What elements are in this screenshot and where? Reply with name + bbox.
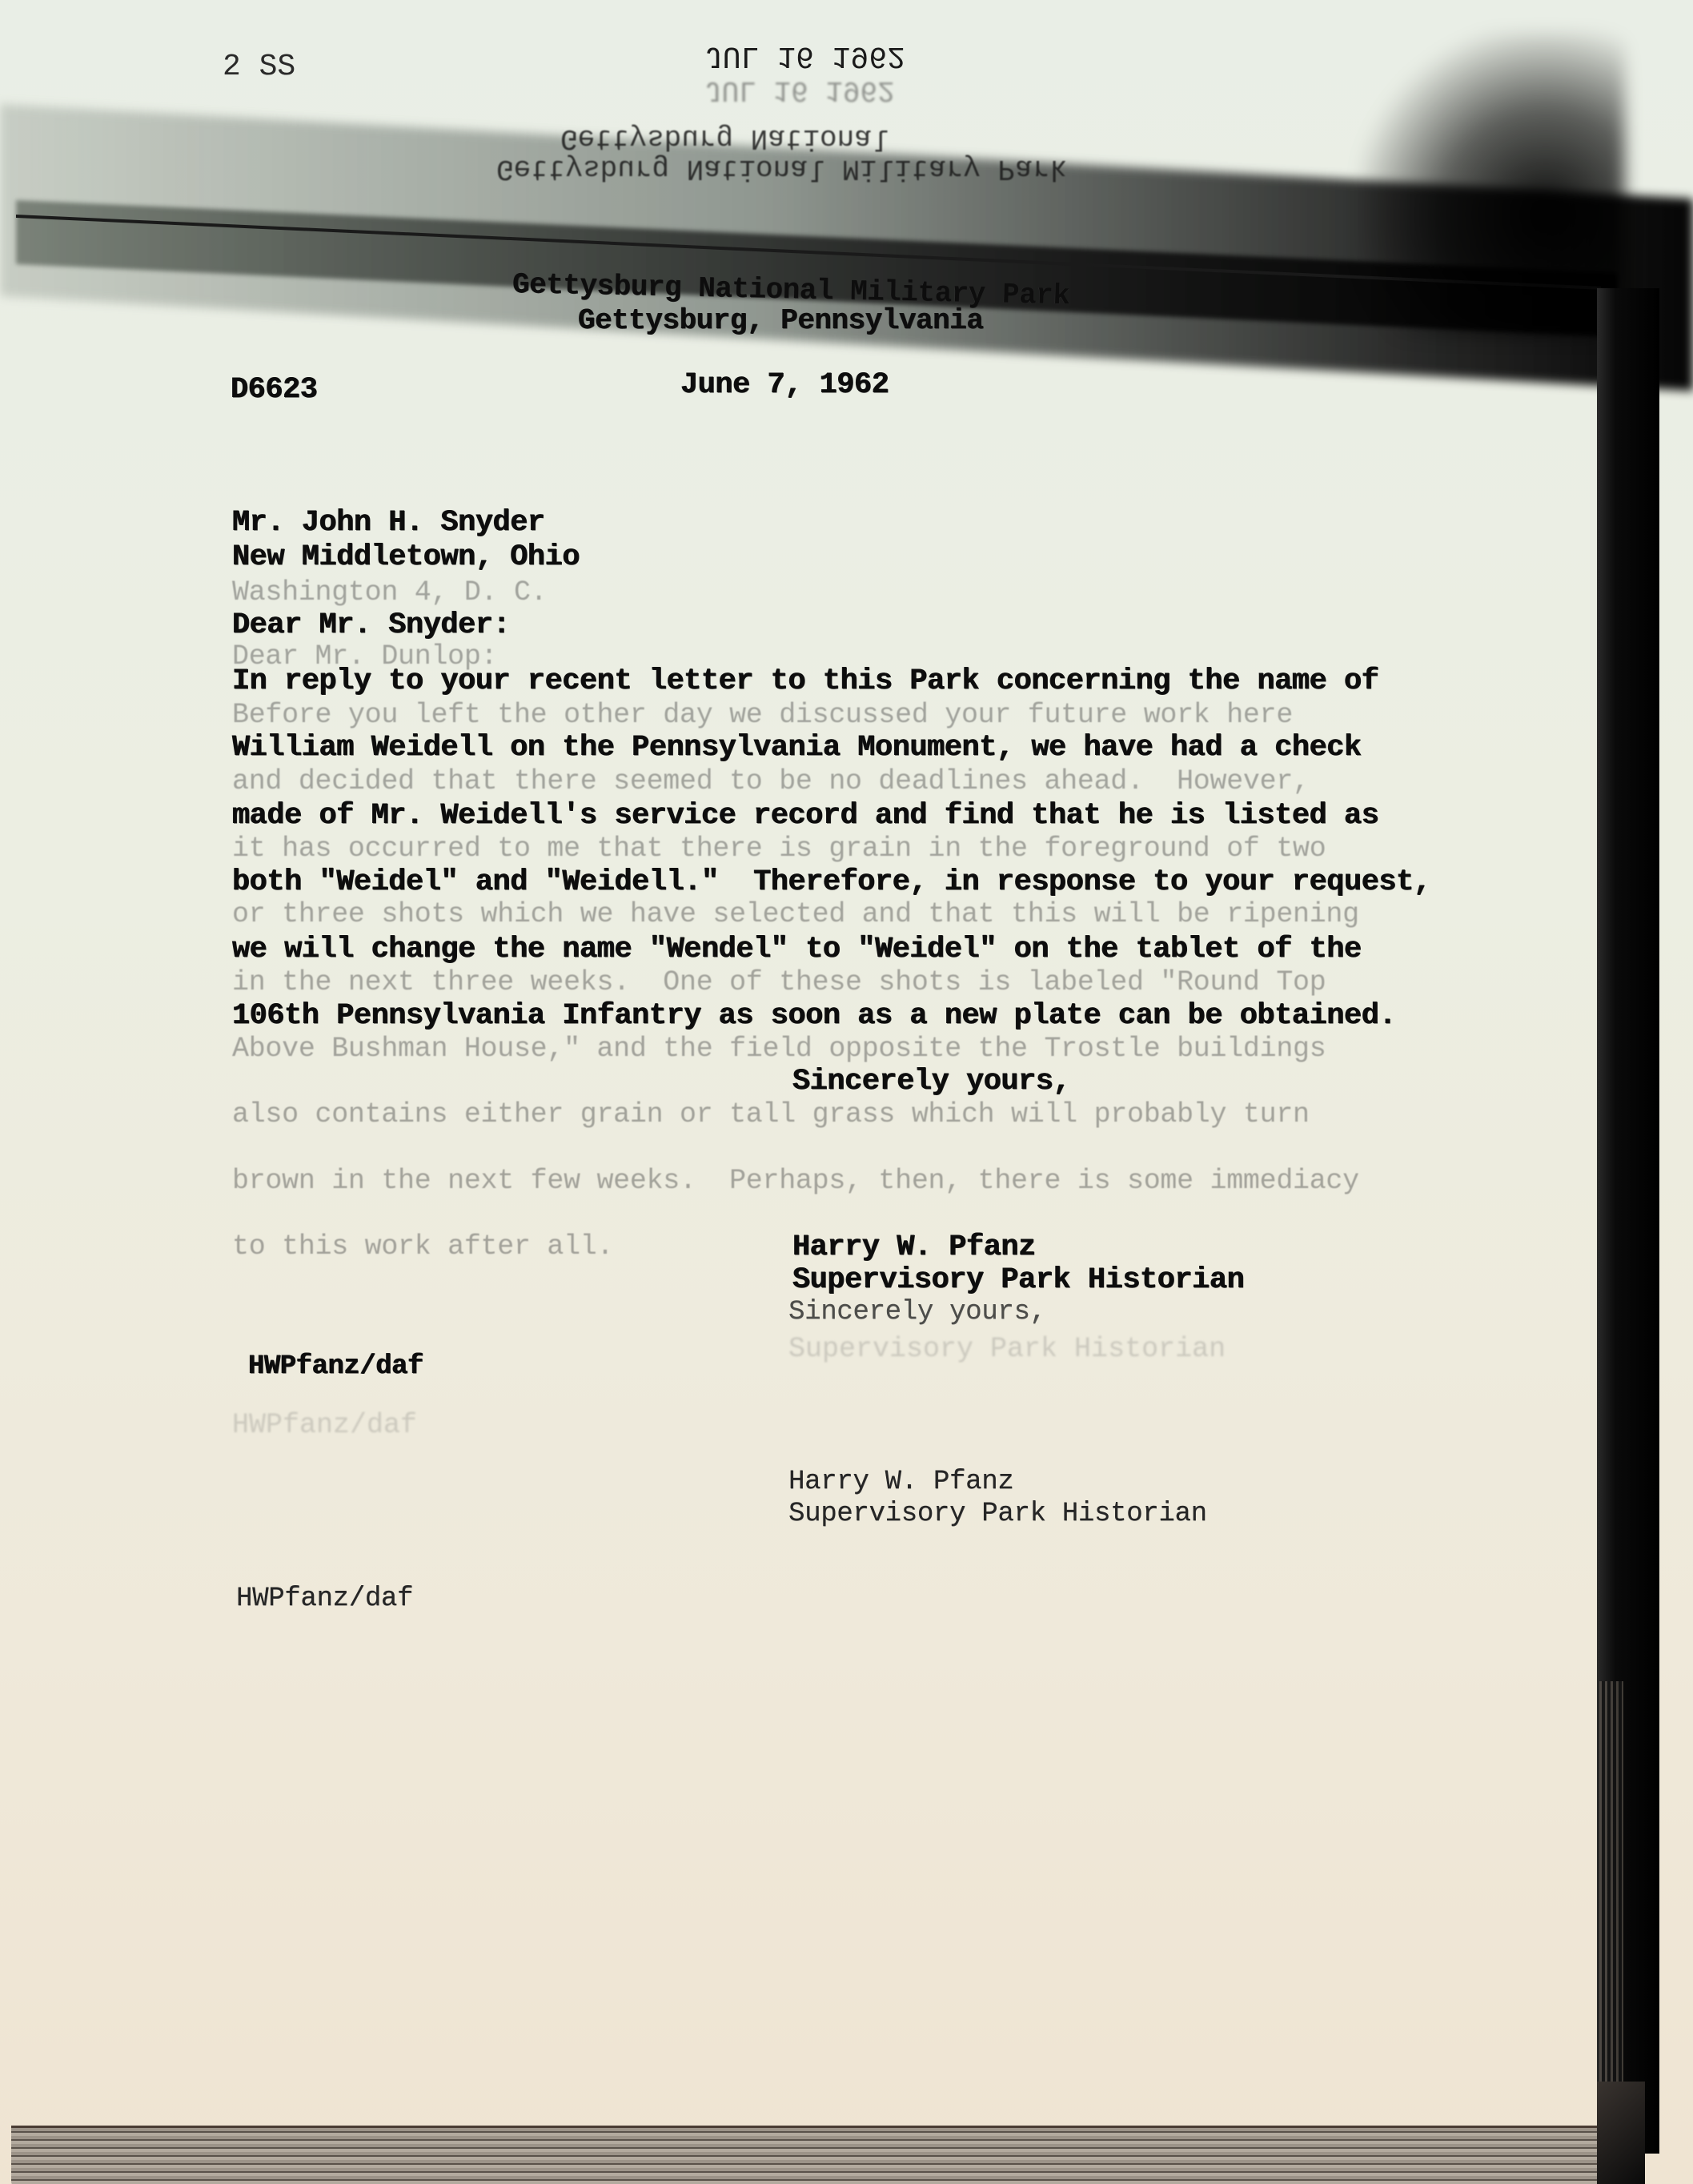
ghost-body-line-2: and decided that there seemed to be no d… — [232, 765, 1310, 797]
ghost-initials-faint: HWPfanz/daf — [232, 1409, 417, 1441]
ghost-body-line-8: brown in the next few weeks. Perhaps, th… — [232, 1165, 1359, 1197]
salutation: Dear Mr. Snyder: — [232, 608, 510, 642]
top-right-shadow — [1361, 32, 1625, 336]
signature-name: Harry W. Pfanz — [792, 1231, 1036, 1264]
letterhead-line-2: Gettysburg, Pennsylvania — [578, 304, 983, 337]
ghost-body-line-5: in the next three weeks. One of these sh… — [232, 966, 1326, 998]
ghost-body-line-9: to this work after all. — [232, 1231, 613, 1263]
right-page-stack — [1599, 1681, 1623, 2098]
ghost-body-line-1: Before you left the other day we discuss… — [232, 699, 1293, 731]
ghost-signature-name: Harry W. Pfanz — [788, 1467, 1013, 1497]
body-line-5: we will change the name "Wendel" to "Wei… — [232, 933, 1362, 966]
ghost-body-line-7: also contains either grain or tall grass… — [232, 1098, 1310, 1130]
received-stamp-mirrored: JUL 16 1962 — [704, 38, 905, 73]
mirrored-letterhead-1: Gettysburg National — [560, 122, 889, 155]
ghost-initials: HWPfanz/daf — [236, 1584, 413, 1614]
body-line-1: In reply to your recent letter to this P… — [232, 664, 1378, 698]
recipient-name: Mr. John H. Snyder — [232, 506, 545, 540]
ghost-title-faint: Supervisory Park Historian — [788, 1333, 1226, 1365]
typist-initials: HWPfanz/daf — [248, 1351, 423, 1382]
bottom-right-corner — [1597, 2082, 1645, 2184]
body-line-3: made of Mr. Weidell's service record and… — [232, 799, 1378, 833]
body-line-6: 106th Pennsylvania Infantry as soon as a… — [232, 999, 1396, 1033]
ghost-body-line-4: or three shots which we have selected an… — [232, 898, 1359, 930]
signature-title: Supervisory Park Historian — [792, 1263, 1244, 1297]
body-line-2: William Weidell on the Pennsylvania Monu… — [232, 731, 1362, 765]
bottom-page-stack — [11, 2126, 1628, 2184]
mirrored-letterhead-2: Gettysburg National Military Park — [496, 152, 1067, 185]
ghost-signature-title: Supervisory Park Historian — [788, 1499, 1207, 1529]
body-line-4: both "Weidel" and "Weidell." Therefore, … — [232, 865, 1431, 899]
file-code: D6623 — [231, 373, 318, 407]
ghost-address-line: Washington 4, D. C. — [232, 576, 547, 608]
ghost-closing: Sincerely yours, — [788, 1297, 1046, 1327]
corner-reference: 2 SS — [223, 50, 295, 84]
closing: Sincerely yours, — [792, 1065, 1070, 1098]
recipient-city: New Middletown, Ohio — [232, 540, 580, 574]
received-stamp-ghost: JUL 16 1962 — [704, 74, 895, 106]
ghost-body-line-3: it has occurred to me that there is grai… — [232, 833, 1326, 865]
letter-date: June 7, 1962 — [680, 368, 889, 402]
ghost-body-line-6: Above Bushman House," and the field oppo… — [232, 1033, 1326, 1065]
